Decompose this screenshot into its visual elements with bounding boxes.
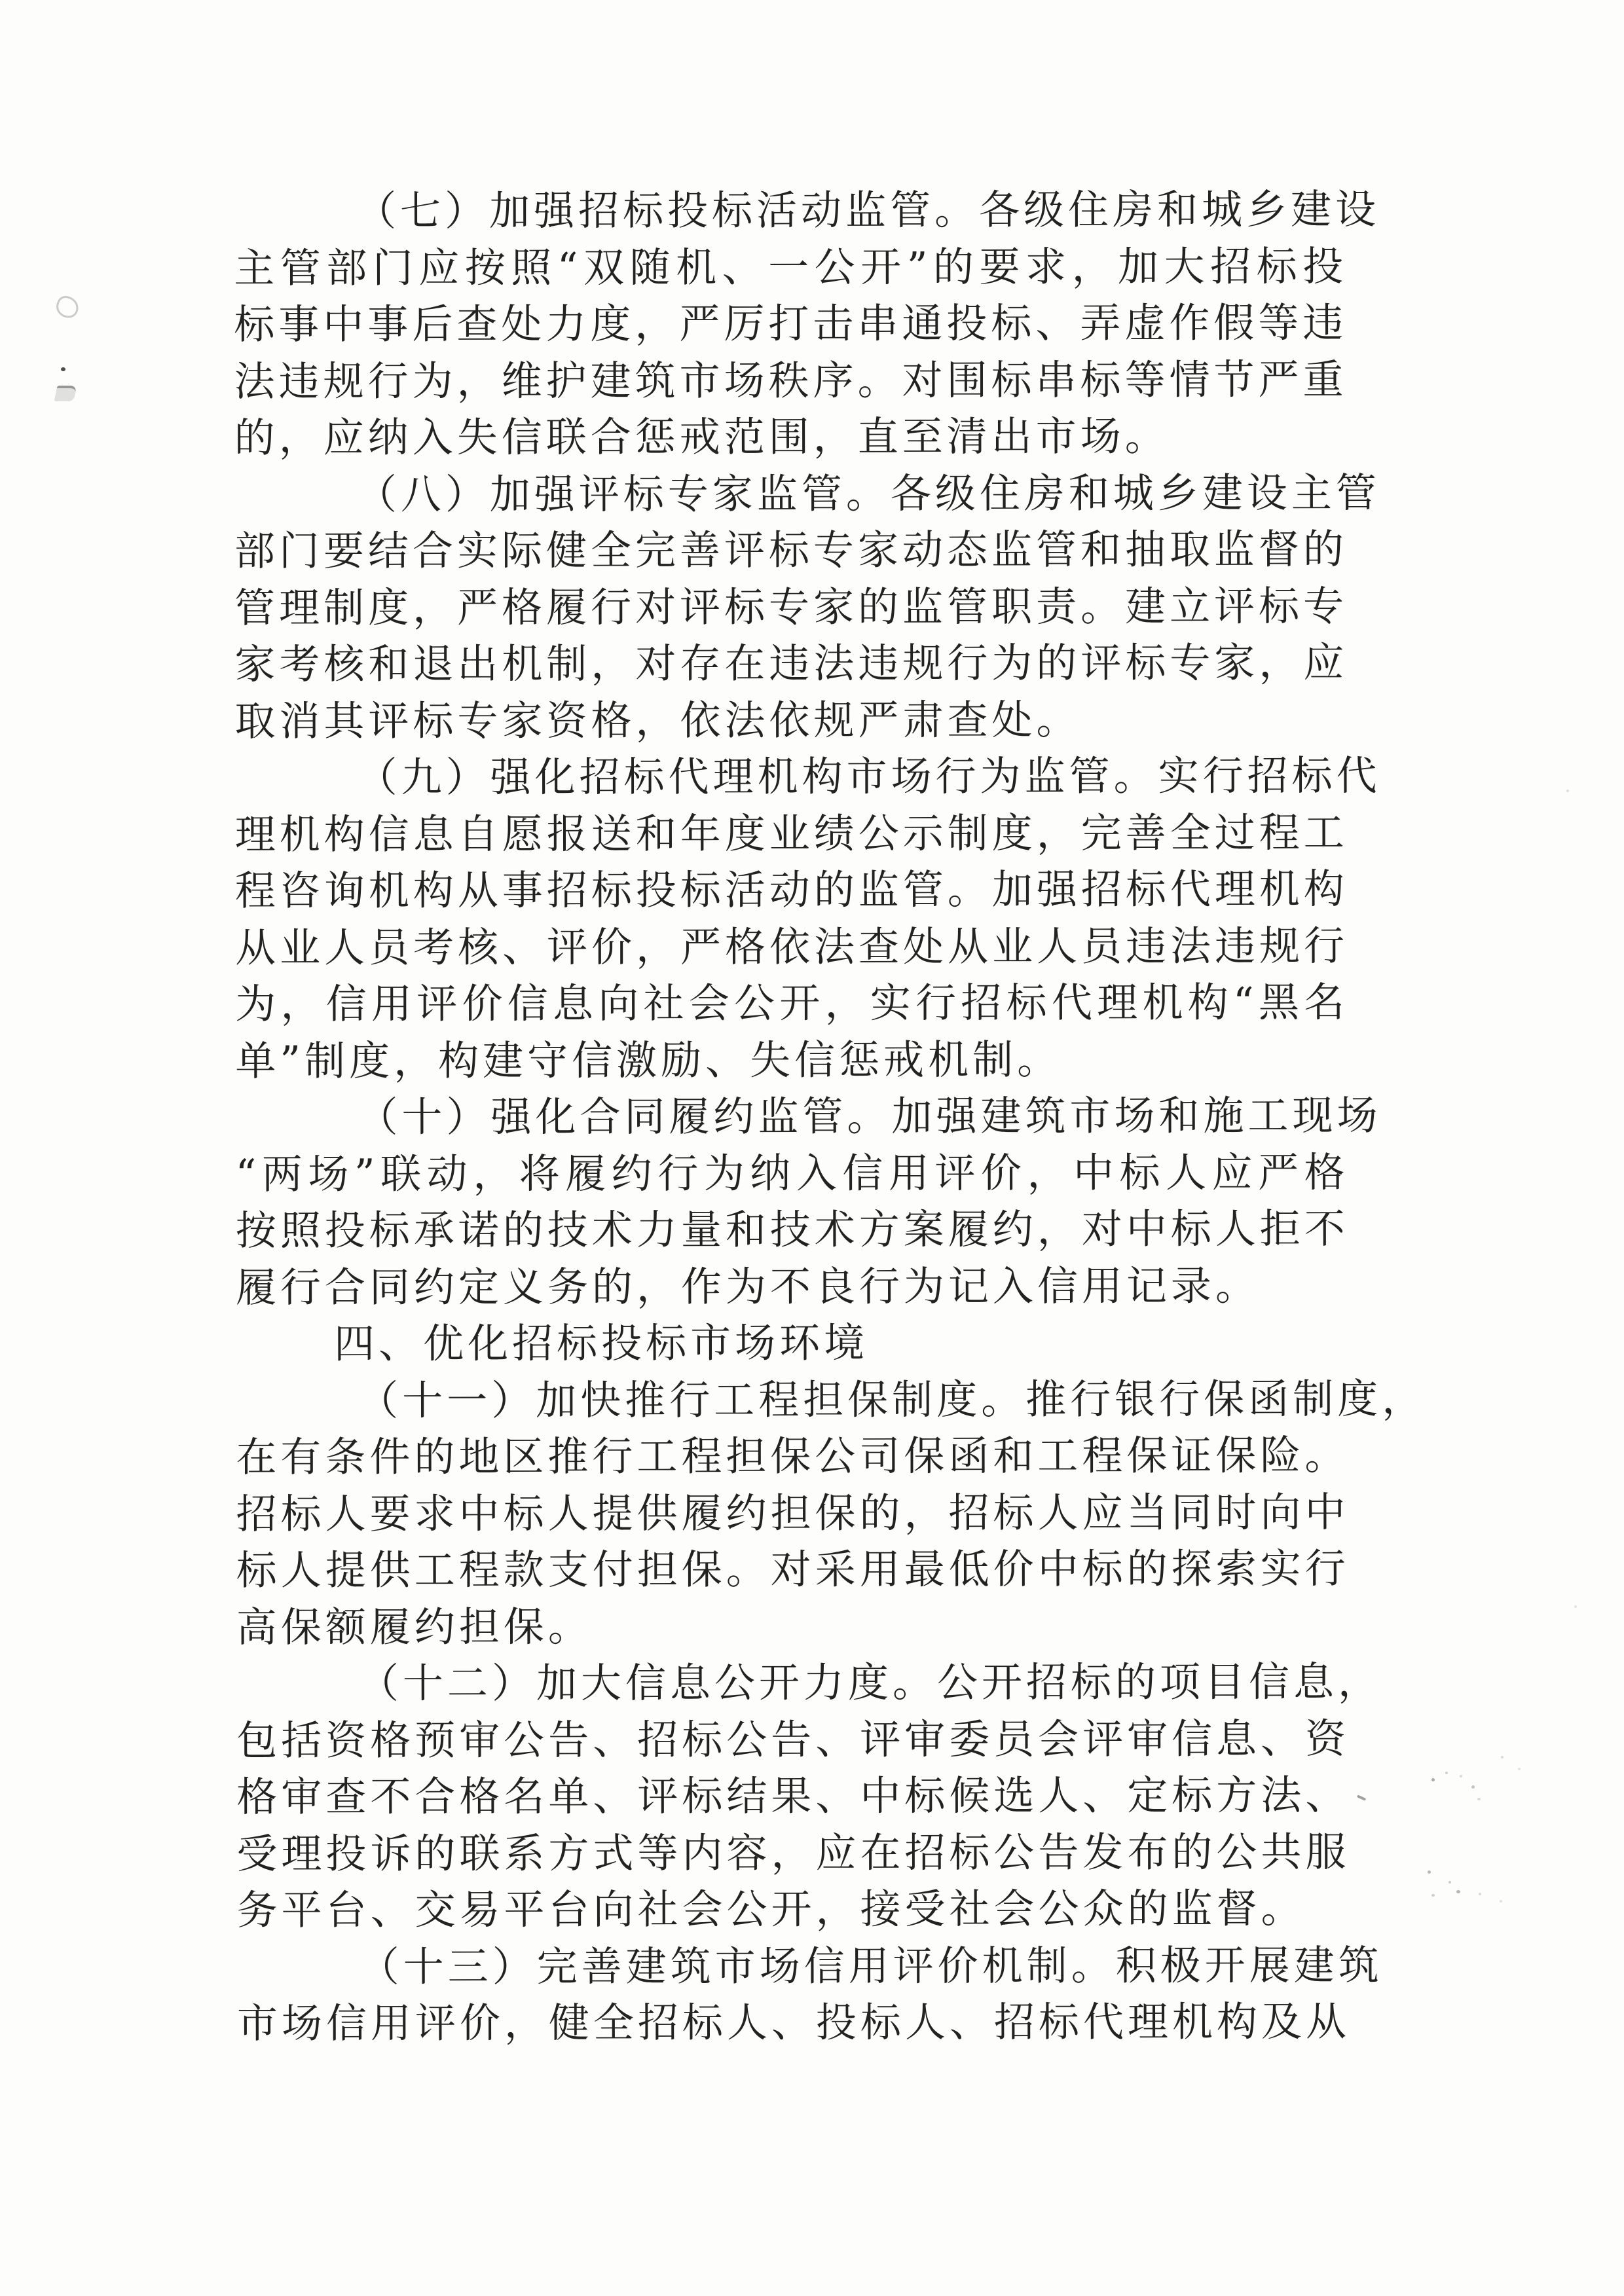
scan-speck xyxy=(61,367,65,371)
text-line: 务平台、交易平台向社会公开，接受社会公众的监督。 xyxy=(237,1880,1350,1939)
text-line: 招标人要求中标人提供履约担保的，招标人应当同时向中 xyxy=(236,1484,1349,1542)
scan-speck xyxy=(1449,1881,1451,1884)
scan-speck xyxy=(1479,1893,1481,1895)
document-page: （七）加强招标投标活动监管。各级住房和城乡建设 主管部门应按照“双随机、一公开”… xyxy=(0,0,1624,2296)
scan-speck xyxy=(1445,1772,1448,1774)
text-line: 家考核和退出机制，对存在违法违规行为的评标专家，应 xyxy=(234,634,1348,693)
scan-speck xyxy=(1428,1870,1431,1874)
scan-speck xyxy=(1518,1768,1521,1770)
scan-speck xyxy=(1431,1894,1435,1897)
scan-mark xyxy=(54,294,81,321)
text-line: 履行合同约定义务的，作为不良行为记入信用记录。 xyxy=(236,1258,1349,1316)
text-line: 理机构信息自愿报送和年度业绩公示制度，完善全过程工 xyxy=(235,805,1348,863)
text-line: 市场信用评价，健全招标人、投标人、招标代理机构及从 xyxy=(237,1994,1350,2052)
scan-speck xyxy=(1471,1785,1475,1789)
text-line: 法违规行为，维护建筑市场秩序。对围标串标等情节严重 xyxy=(234,352,1347,410)
text-line: 部门要结合实际健全完善评标专家动态监管和抽取监督的 xyxy=(234,521,1348,579)
text-line: 包括资格预审公告、招标公告、评审委员会评审信息、资 xyxy=(236,1711,1350,1769)
text-line: （十三）完善建筑市场信用评价机制。积极开展建筑 xyxy=(237,1937,1350,1995)
text-line: 主管部门应按照“双随机、一公开”的要求，加大招标投 xyxy=(234,238,1347,297)
scan-speck xyxy=(1500,1900,1502,1903)
text-line: 从业人员考核、评价，严格依法查处从业人员违法违规行 xyxy=(235,918,1348,976)
text-line: （十一）加快推行工程担保制度。推行银行保函制度， xyxy=(236,1371,1349,1429)
scan-speck xyxy=(1431,1778,1435,1781)
scan-mark xyxy=(54,386,77,401)
text-line: 为，信用评价信息向社会公开，实行招标代理机构“黑名 xyxy=(235,974,1348,1032)
text-line: 按照投标承诺的技术力量和技术方案履约，对中标人拒不 xyxy=(236,1201,1349,1259)
text-line: “两场”联动，将履约行为纳入信用评价，中标人应严格 xyxy=(236,1144,1349,1203)
scan-speck xyxy=(1460,1775,1462,1777)
text-line: （十）强化合同履约监管。加强建筑市场和施工现场 xyxy=(235,1087,1348,1146)
text-line: （八）加强评标专家监管。各级住房和城乡建设主管 xyxy=(234,465,1348,523)
section-heading: 四、优化招标投标市场环境 xyxy=(236,1314,1349,1372)
text-line: 高保额履约担保。 xyxy=(236,1597,1350,1656)
text-line: 管理制度，严格履行对评标专家的监管职责。建立评标专 xyxy=(234,578,1348,636)
text-line: 取消其评标专家资格，依法依规严肃查处。 xyxy=(234,691,1348,750)
scan-speck xyxy=(1574,1605,1577,1608)
scan-mark xyxy=(1357,1795,1366,1800)
scan-speck xyxy=(1566,790,1569,792)
text-line: 的，应纳入失信联合惩戒范围，直至清出市场。 xyxy=(234,408,1348,466)
scan-speck xyxy=(1456,1890,1460,1893)
document-body: （七）加强招标投标活动监管。各级住房和城乡建设 主管部门应按照“双随机、一公开”… xyxy=(234,181,1350,2052)
text-line: （七）加强招标投标活动监管。各级住房和城乡建设 xyxy=(234,181,1347,240)
text-line: 程咨询机构从事招标投标活动的监管。加强招标代理机构 xyxy=(235,861,1348,919)
scan-speck xyxy=(1501,1756,1504,1758)
text-line: 在有条件的地区推行工程担保公司保函和工程保证保险。 xyxy=(236,1427,1349,1485)
text-line: （十二）加大信息公开力度。公开招标的项目信息， xyxy=(236,1654,1350,1712)
text-line: 标人提供工程款支付担保。对采用最低价中标的探索实行 xyxy=(236,1540,1350,1599)
scan-speck xyxy=(1477,1798,1481,1800)
text-line: 单”制度，构建守信激励、失信惩戒机制。 xyxy=(235,1031,1348,1089)
text-line: 格审查不合格名单、评标结果、中标候选人、定标方法、 xyxy=(236,1767,1350,1825)
text-line: 受理投诉的联系方式等内容，应在招标公告发布的公共服 xyxy=(236,1824,1350,1882)
text-line: （九）强化招标代理机构市场行为监管。实行招标代 xyxy=(235,748,1348,806)
text-line: 标事中事后查处力度，严厉打击串通投标、弄虚作假等违 xyxy=(234,295,1347,353)
